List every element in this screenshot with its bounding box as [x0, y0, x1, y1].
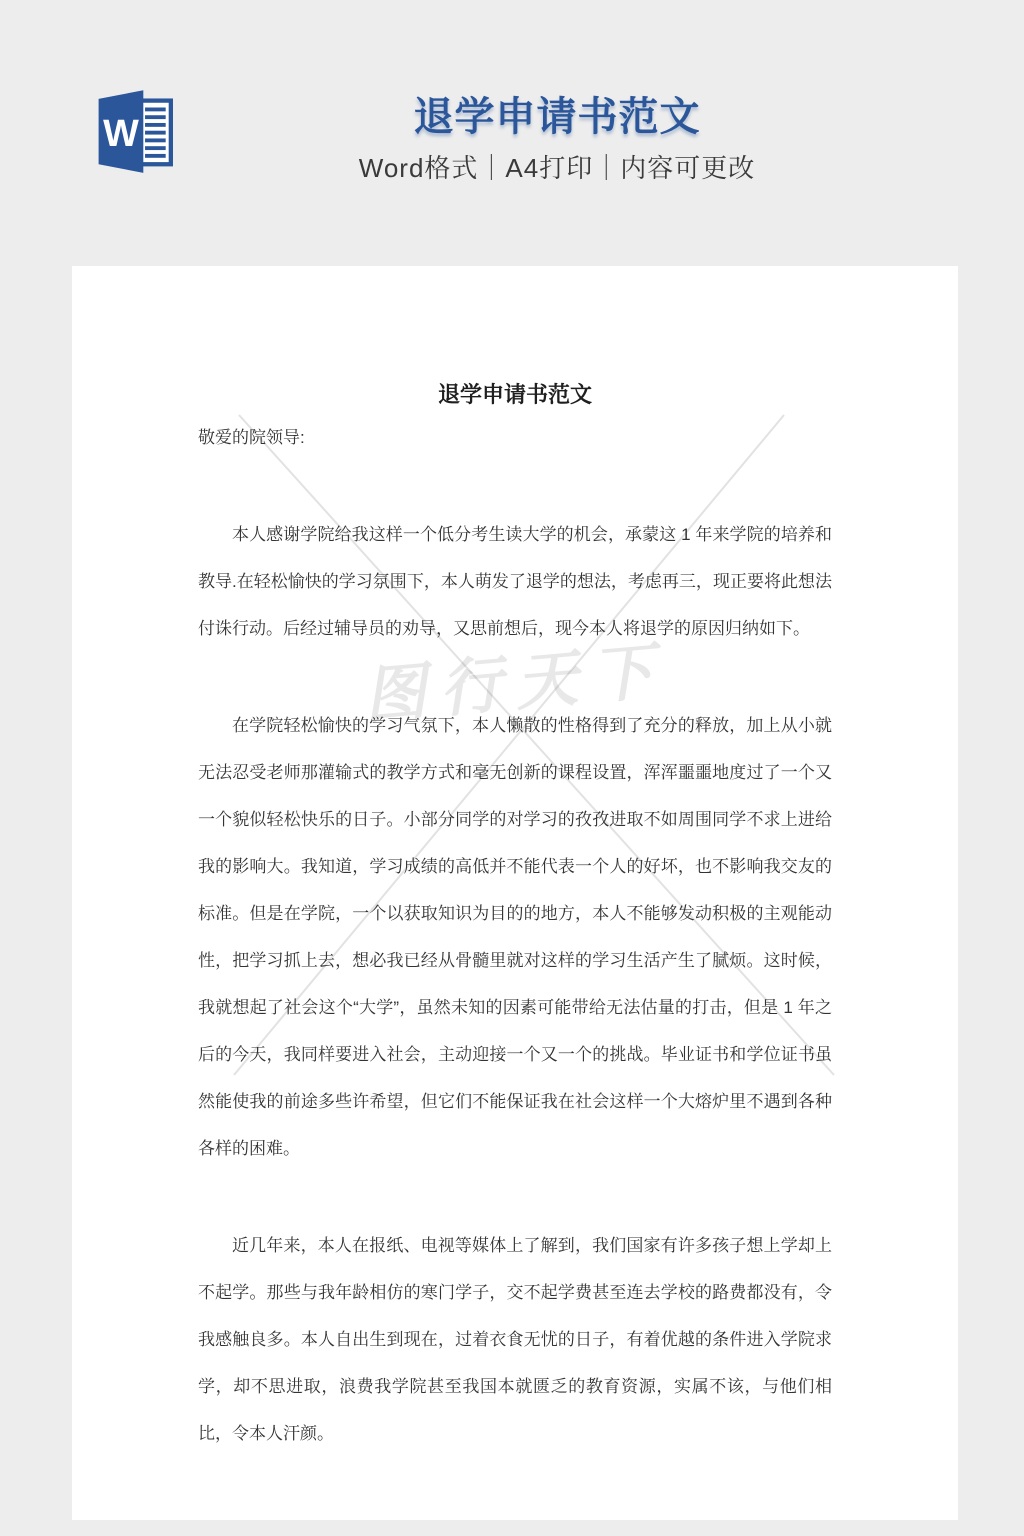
- body-paragraph-1: 本人感谢学院给我这样一个低分考生读大学的机会，承蒙这 1 年来学院的培养和教导.…: [198, 511, 832, 652]
- body-paragraph-2: 在学院轻松愉快的学习气氛下，本人懒散的性格得到了充分的释放，加上从小就无法忍受老…: [198, 702, 832, 1172]
- body-paragraph-3: 近几年来，本人在报纸、电视等媒体上了解到，我们国家有许多孩子想上学却上不起学。那…: [198, 1222, 832, 1457]
- page-title: 退学申请书范文: [90, 94, 1024, 140]
- document-header: W 退学申请书范文 Word格式｜A4打印｜内容可更改: [0, 0, 1024, 266]
- salutation-line: 敬爱的院领导:: [198, 414, 832, 461]
- page-root: { "header": { "title": "退学申请书范文", "subti…: [0, 0, 1024, 1536]
- header-titles: 退学申请书范文 Word格式｜A4打印｜内容可更改: [0, 94, 1024, 184]
- document-title: 退学申请书范文: [198, 378, 832, 412]
- document-preview-page[interactable]: 图行天下 退学申请书范文 敬爱的院领导: 本人感谢学院给我这样一个低分考生读大学…: [72, 266, 958, 1520]
- document-body: 退学申请书范文 敬爱的院领导: 本人感谢学院给我这样一个低分考生读大学的机会，承…: [72, 266, 958, 1457]
- page-subtitle: Word格式｜A4打印｜内容可更改: [90, 152, 1024, 184]
